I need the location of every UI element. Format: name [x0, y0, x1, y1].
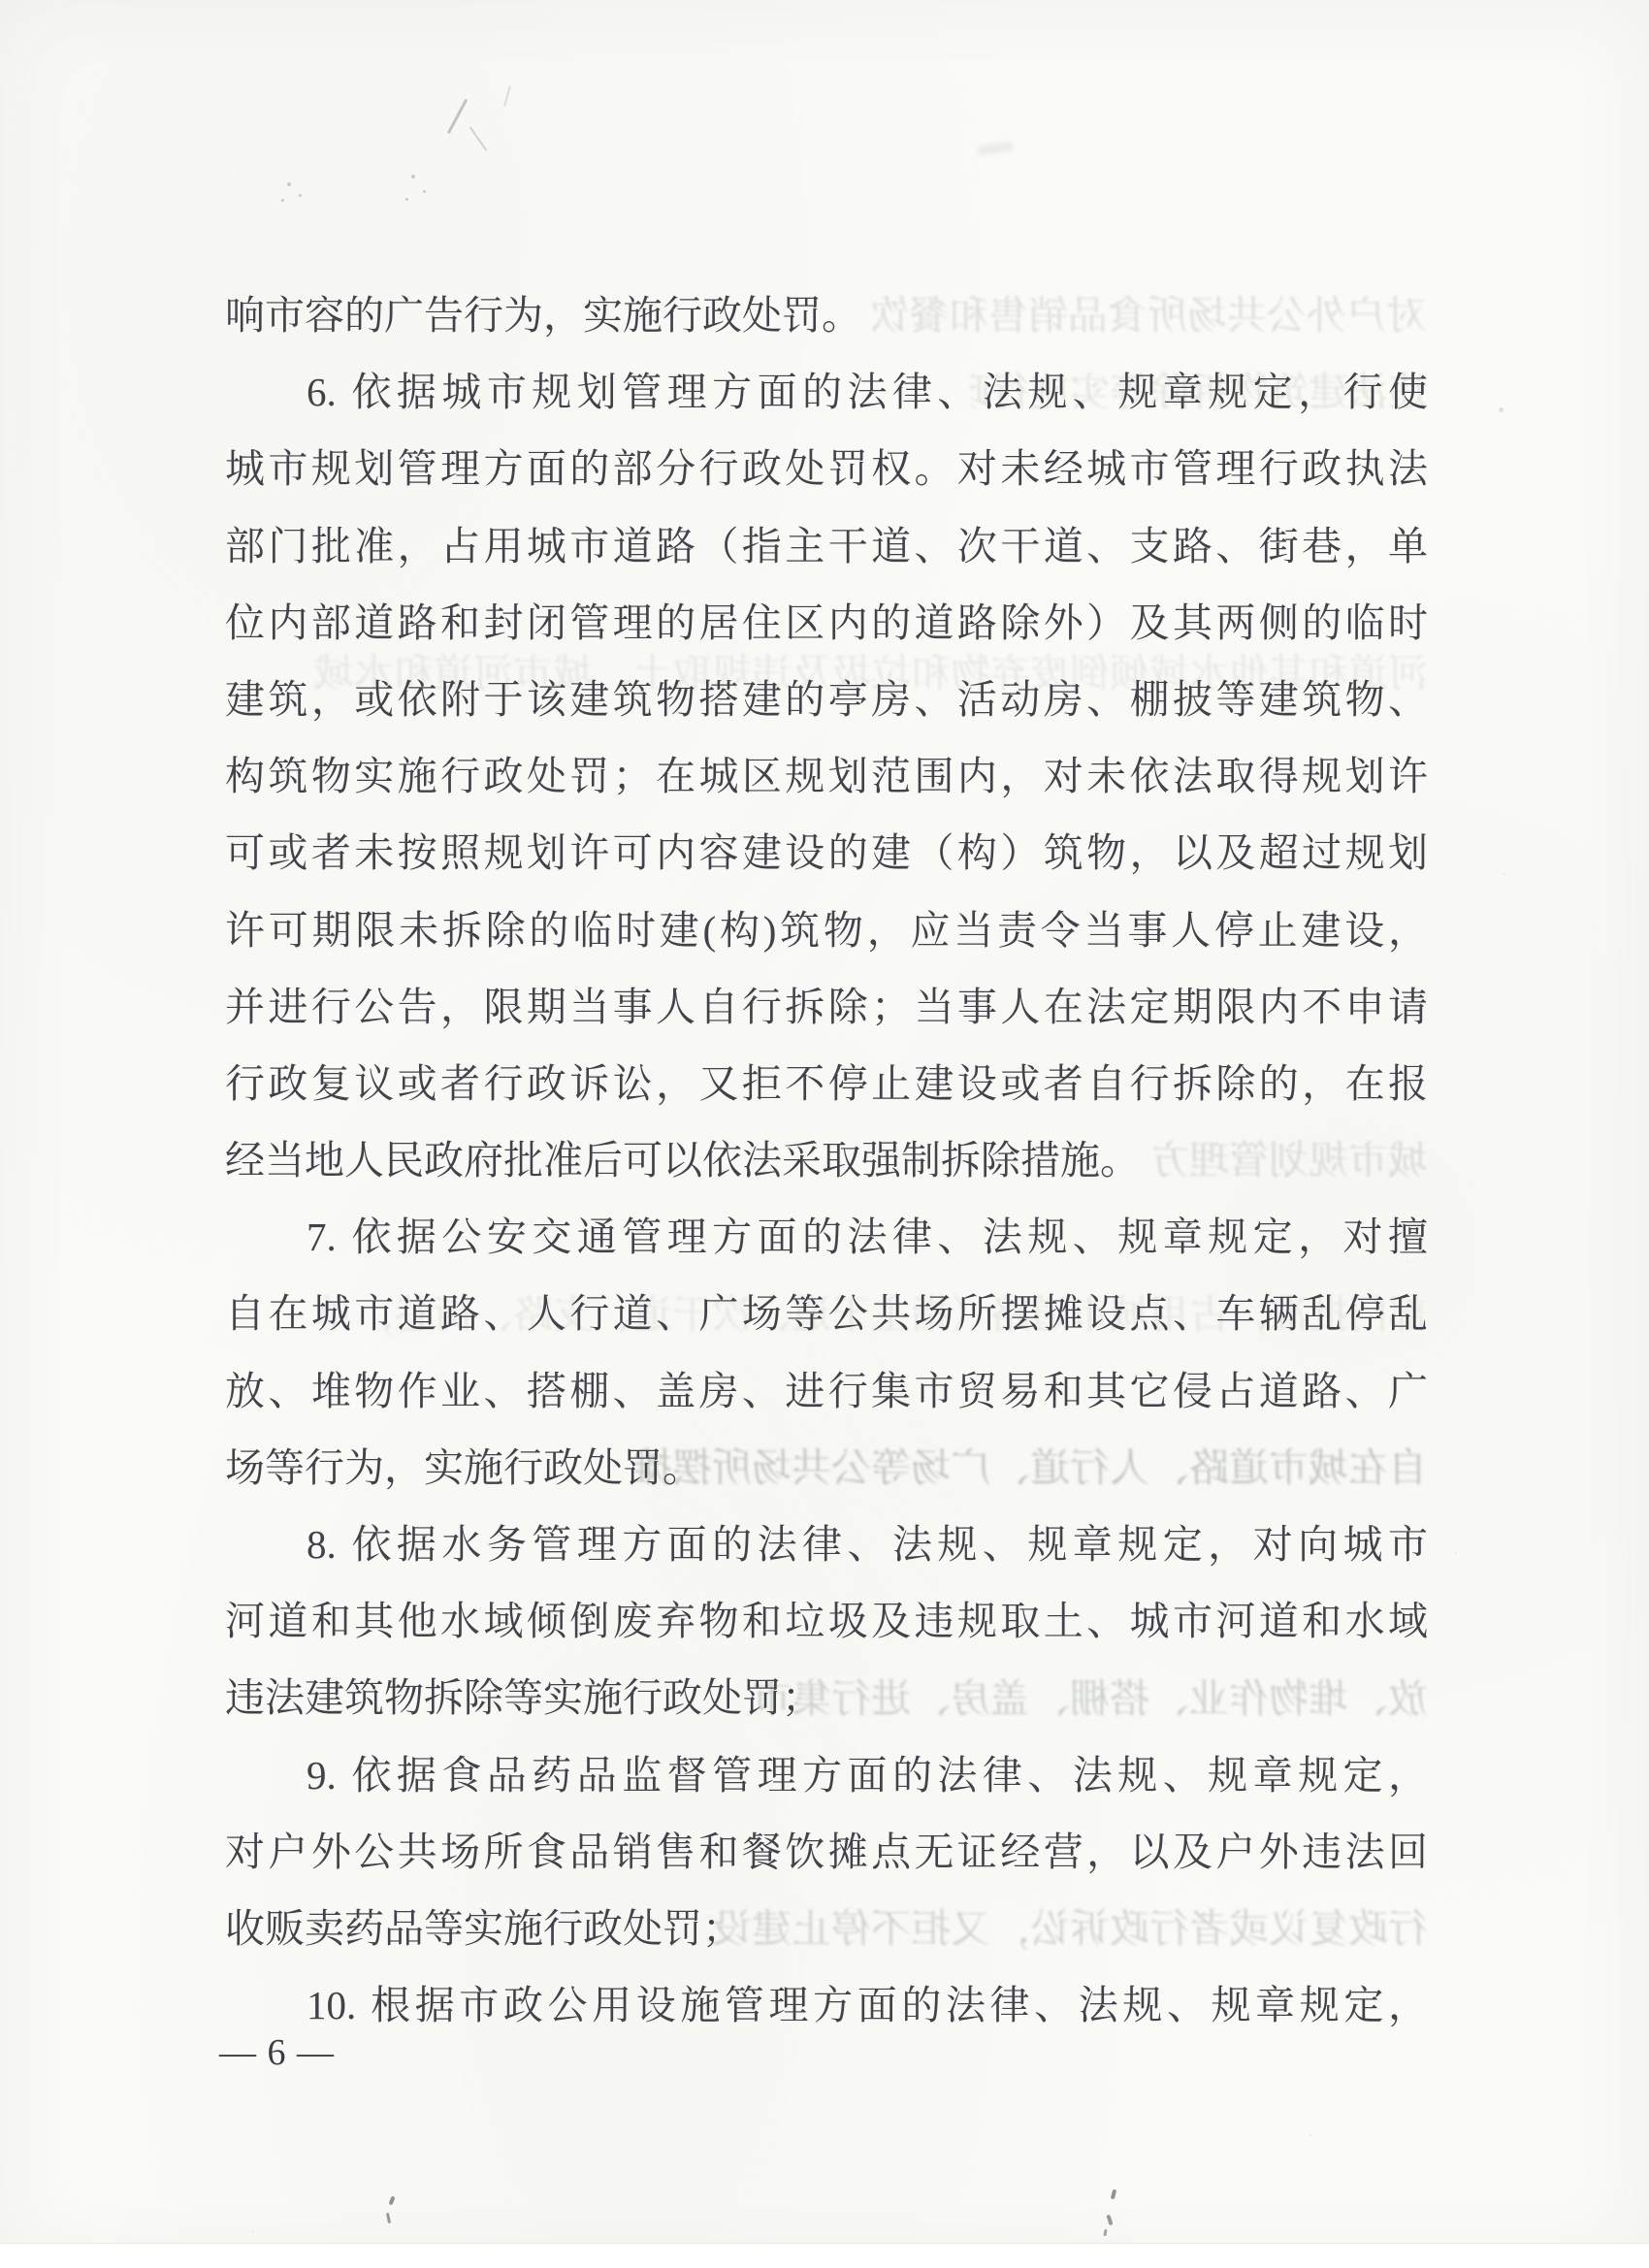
- document-body: 响市容的广告行为，实施行政处罚。 6. 依据城市规划管理方面的法律、法规、规章规…: [225, 277, 1428, 2044]
- body-text-line: 经当地人民政府批准后可以依法采取强制拆除措施。: [225, 1122, 1428, 1199]
- body-text-line: 构筑物实施行政处罚；在城区规划范围内，对未依法取得规划许: [225, 738, 1428, 815]
- scan-speck: [1111, 2189, 1116, 2200]
- body-text-line: 9. 依据食品药品监督管理方面的法律、法规、规章规定，: [225, 1737, 1428, 1814]
- body-text-line: 行政复议或者行政诉讼，又拒不停止建设或者自行拆除的，在报: [225, 1046, 1428, 1122]
- body-text-line: 部门批准，占用城市道路（指主干道、次干道、支路、街巷，单: [225, 508, 1428, 585]
- page-number: — 6 —: [219, 2029, 335, 2076]
- body-text-line: 响市容的广告行为，实施行政处罚。: [225, 277, 1428, 354]
- body-text-line: 建筑，或依附于该建筑物搭建的亭房、活动房、棚披等建筑物、: [225, 662, 1428, 738]
- scanned-document-page: 对户外公共场所食品销售和餐饮摊点无证经营，以及户外违法回 违法建筑物拆除等实施行…: [0, 0, 1649, 2268]
- body-text-line: 6. 依据城市规划管理方面的法律、法规、规章规定，行使: [225, 354, 1428, 431]
- scan-speck: [423, 190, 426, 193]
- scan-speck: [1499, 407, 1503, 412]
- body-text-line: 收贩卖药品等实施行政处罚；: [225, 1891, 1428, 1967]
- body-text-line: 对户外公共场所食品销售和餐饮摊点无证经营，以及户外违法回: [225, 1814, 1428, 1891]
- scan-speck: [287, 182, 291, 186]
- scan-speck: [299, 194, 302, 197]
- body-text-line: 7. 依据公安交通管理方面的法律、法规、规章规定，对擅: [225, 1199, 1428, 1276]
- body-text-line: 城市规划管理方面的部分行政处罚权。对未经城市管理行政执法: [225, 431, 1428, 507]
- scan-smudge: [977, 142, 1013, 156]
- scan-speck: [281, 199, 284, 202]
- scanner-edge: [0, 2243, 1649, 2268]
- paper-noise: [582, 388, 584, 390]
- scan-speck: [389, 2196, 396, 2206]
- body-text-line: 位内部道路和封闭管理的居住区内的道路除外）及其两侧的临时: [225, 585, 1428, 662]
- pencil-mark: [469, 126, 488, 151]
- scan-speck: [411, 175, 415, 178]
- body-text-line: 8. 依据水务管理方面的法律、法规、规章规定，对向城市: [225, 1507, 1428, 1583]
- body-text-line: 许可期限未拆除的临时建(构)筑物，应当责令当事人停止建设，: [225, 892, 1428, 969]
- pencil-mark: [503, 85, 511, 107]
- body-text-line: 放、堆物作业、搭棚、盖房、进行集市贸易和其它侵占道路、广: [225, 1353, 1428, 1430]
- scan-speck: [1103, 2229, 1107, 2236]
- body-text-line: 自在城市道路、人行道、广场等公共场所摆摊设点、车辆乱停乱: [225, 1276, 1428, 1352]
- scan-speck: [1106, 2215, 1113, 2226]
- body-text-line: 并进行公告，限期当事人自行拆除；当事人在法定期限内不申请: [225, 969, 1428, 1046]
- body-text-line: 河道和其他水域倾倒废弃物和垃圾及违规取土、城市河道和水域: [225, 1583, 1428, 1660]
- body-text-line: 场等行为，实施行政处罚。: [225, 1430, 1428, 1507]
- scan-speck: [405, 198, 408, 201]
- body-text-line: 违法建筑物拆除等实施行政处罚；: [225, 1660, 1428, 1736]
- pencil-mark: [447, 99, 468, 135]
- body-text-line: 10. 根据市政公用设施管理方面的法律、法规、规章规定，: [225, 1967, 1428, 2044]
- body-text-line: 可或者未按照规划许可内容建设的建（构）筑物，以及超过规划: [225, 815, 1428, 891]
- scan-speck: [386, 2213, 391, 2223]
